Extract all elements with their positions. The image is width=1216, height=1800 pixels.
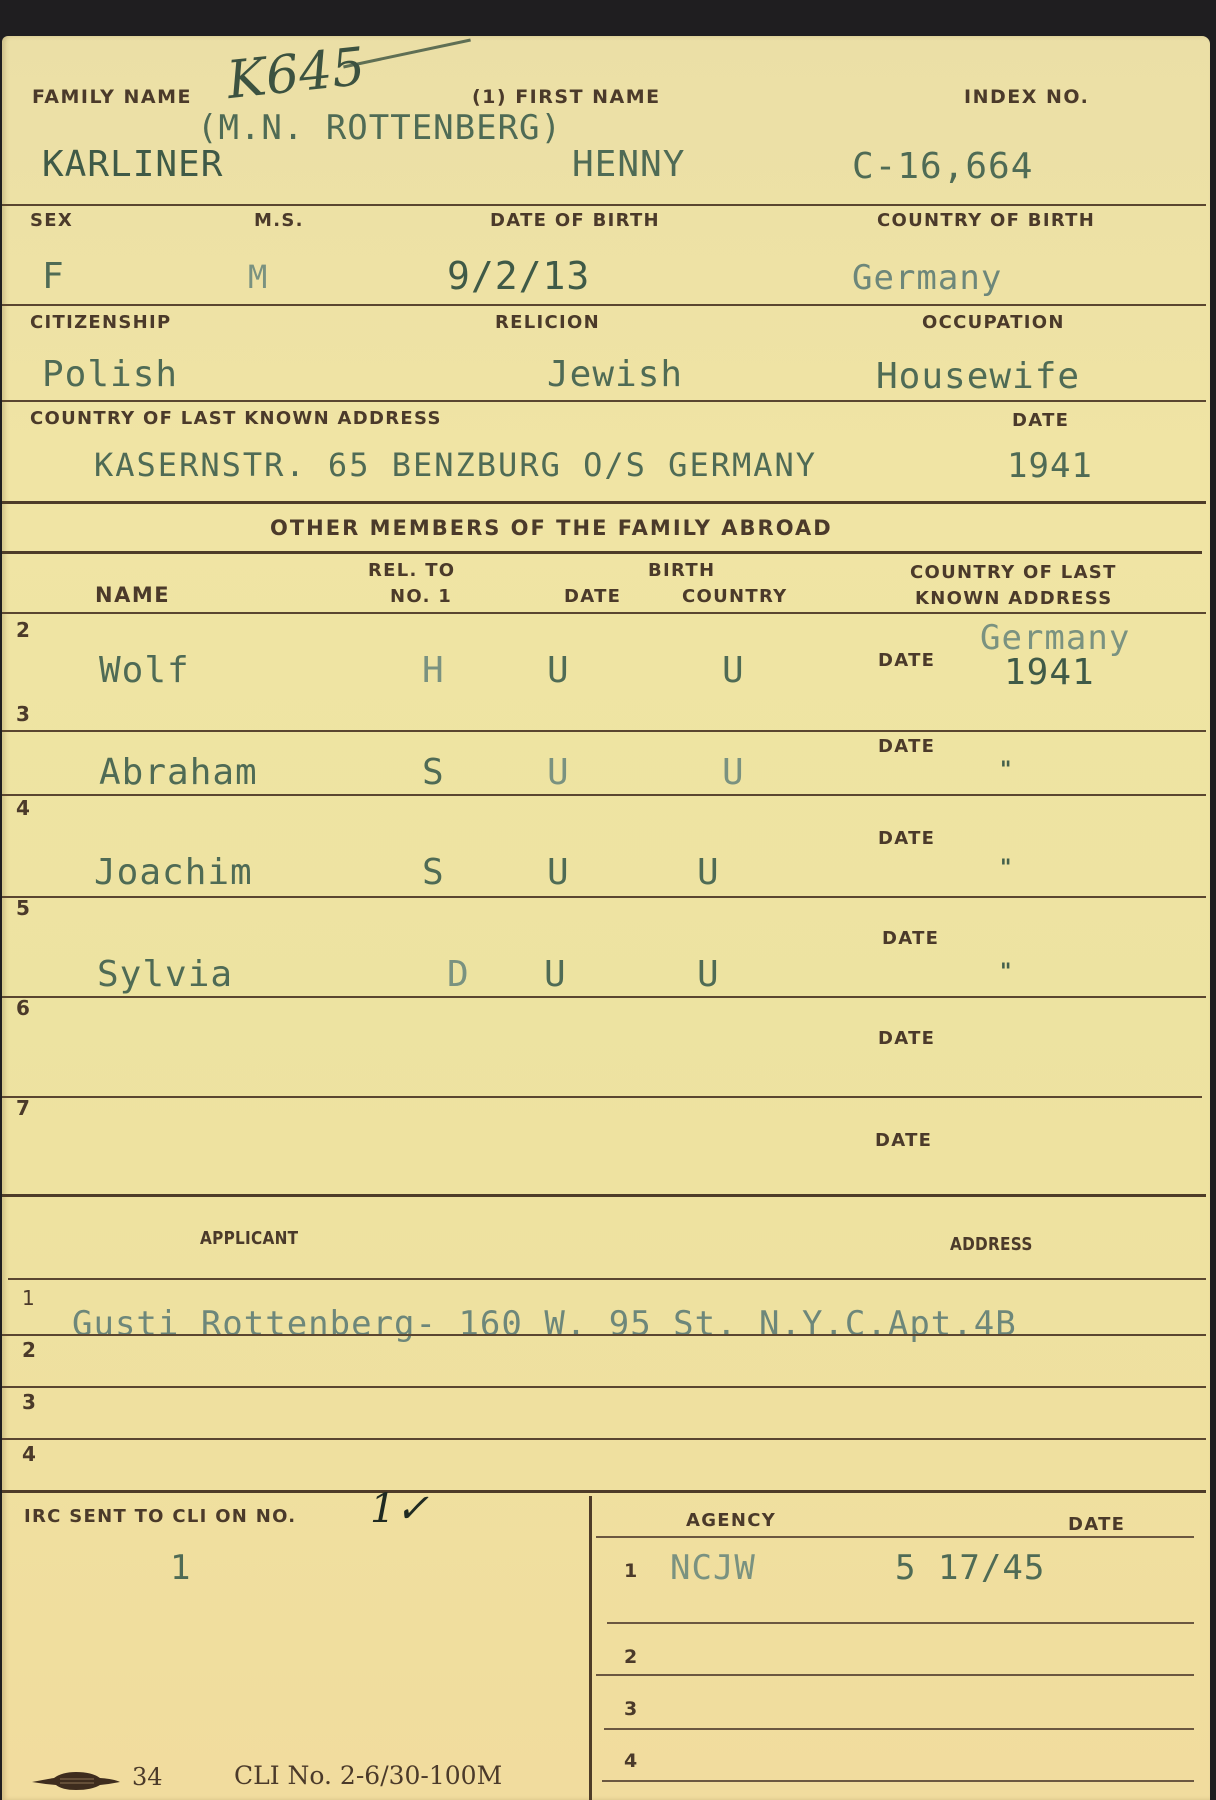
citizenship-label: CITIZENSHIP (30, 312, 172, 333)
handwritten-reference: K645 (224, 37, 368, 111)
divider (2, 612, 1206, 614)
divider (2, 794, 1206, 796)
applicant-row-number: 3 (22, 1390, 36, 1414)
divider (604, 1728, 1194, 1730)
applicant-label: APPLICANT (200, 1228, 298, 1249)
index-no-value: C-16,664 (852, 146, 1033, 187)
applicant-row-number: 1 (22, 1286, 35, 1310)
family-member-birth-date: U (547, 752, 570, 793)
irc-handwritten-mark: 1✓ (370, 1486, 429, 1532)
family-member-birth-country: U (722, 650, 745, 691)
family-member-birth-country: U (697, 852, 720, 893)
divider (2, 1334, 1206, 1336)
last-address-date-value: 1941 (1007, 446, 1093, 486)
agency-name: NCJW (670, 1548, 756, 1588)
divider (2, 896, 1206, 898)
family-member-name: Sylvia (97, 954, 233, 995)
applicant-row-number: 2 (22, 1338, 36, 1362)
country-of-birth-label: COUNTRY OF BIRTH (877, 210, 1095, 231)
irc-label: IRC SENT TO CLI ON NO. (24, 1506, 296, 1527)
irc-value: 1 (170, 1548, 191, 1588)
address-label: ADDRESS (950, 1234, 1033, 1255)
union-bug-icon (30, 1770, 122, 1790)
divider (8, 1278, 1206, 1280)
family-member-birth-date: U (544, 954, 567, 995)
divider (2, 551, 1202, 554)
agency-row-number: 1 (624, 1560, 637, 1582)
family-member-date: 1941 (1004, 652, 1095, 693)
agency-row-number: 4 (624, 1750, 637, 1772)
family-row-number: 2 (16, 618, 30, 642)
divider (2, 304, 1206, 306)
col-name-header: NAME (95, 583, 170, 607)
last-address-date-label: DATE (1012, 410, 1069, 431)
family-row-number: 6 (16, 996, 30, 1020)
family-name-value: KARLINER (42, 144, 223, 185)
divider (602, 1780, 1194, 1782)
country-of-birth-value: Germany (852, 258, 1002, 298)
agency-date: 5 17/45 (895, 1548, 1045, 1588)
col-birth-header: BIRTH (648, 560, 715, 581)
family-row-date-label: DATE (878, 828, 935, 849)
family-abroad-title: OTHER MEMBERS OF THE FAMILY ABROAD (270, 516, 833, 540)
last-address-label: COUNTRY OF LAST KNOWN ADDRESS (30, 408, 442, 429)
family-member-rel: D (447, 954, 470, 995)
section-divider (589, 1496, 592, 1800)
family-member-name: Joachim (94, 852, 253, 893)
religion-value: Jewish (547, 354, 683, 395)
family-row-date-label: DATE (878, 1028, 935, 1049)
divider (2, 1096, 1202, 1098)
col-birth-date-header: DATE (564, 586, 621, 607)
applicant-row-number: 4 (22, 1442, 36, 1466)
occupation-label: OCCUPATION (922, 312, 1065, 333)
family-member-rel: S (422, 852, 445, 893)
maiden-name-value: (M.N. ROTTENBERG) (197, 108, 562, 148)
agency-row-number: 3 (624, 1698, 637, 1720)
divider (2, 204, 1206, 206)
family-row-date-label: DATE (875, 1130, 932, 1151)
family-member-birth-date: U (547, 852, 570, 893)
family-member-rel: H (422, 650, 445, 691)
family-member-name: Abraham (99, 752, 258, 793)
first-name-value: HENNY (572, 144, 685, 185)
sex-value: F (42, 256, 65, 297)
family-member-birth-date: U (547, 650, 570, 691)
family-member-rel: S (422, 752, 445, 793)
divider (596, 1674, 1194, 1676)
family-member-birth-country: U (722, 752, 745, 793)
divider (2, 730, 1206, 732)
family-row-date-label: DATE (878, 650, 935, 671)
family-row-number: 5 (16, 896, 30, 920)
col-rel-header-1: REL. TO (368, 560, 455, 581)
family-member-name: Wolf (99, 650, 190, 691)
family-member-birth-country: U (697, 954, 720, 995)
family-row-date-label: DATE (878, 736, 935, 757)
marital-status-value: M (248, 258, 268, 296)
family-row-number: 7 (16, 1096, 30, 1120)
col-last-address-header-1: COUNTRY OF LAST (910, 562, 1117, 583)
family-member-last-country: " (1000, 758, 1011, 783)
applicant-entry: Gusti Rottenberg- 160 W. 95 St. N.Y.C.Ap… (72, 1304, 1017, 1344)
agency-date-label: DATE (1068, 1514, 1125, 1535)
divider (2, 1194, 1206, 1197)
family-row-number: 3 (16, 702, 30, 726)
occupation-value: Housewife (876, 356, 1080, 397)
date-of-birth-value: 9/2/13 (447, 254, 590, 298)
divider (2, 996, 1206, 998)
col-rel-header-2: NO. 1 (390, 586, 452, 607)
first-name-label: (1) FIRST NAME (472, 86, 661, 108)
agency-row-number: 2 (624, 1646, 637, 1668)
form-number: CLI No. 2-6/30-100M (234, 1761, 502, 1790)
index-no-label: INDEX NO. (964, 86, 1089, 108)
divider (2, 1490, 1206, 1493)
union-number: 34 (132, 1763, 163, 1791)
divider (2, 1386, 1206, 1388)
col-last-address-header-2: KNOWN ADDRESS (915, 588, 1113, 609)
marital-status-label: M.S. (254, 210, 304, 231)
divider (2, 1438, 1206, 1440)
divider (2, 501, 1206, 504)
family-row-number: 4 (16, 796, 30, 820)
religion-label: RELICION (495, 312, 600, 333)
divider (596, 1536, 1194, 1538)
col-birth-country-header: COUNTRY (682, 586, 787, 607)
last-address-value: KASERNSTR. 65 BENZBURG O/S GERMANY (94, 446, 817, 484)
citizenship-value: Polish (42, 354, 178, 395)
divider (607, 1622, 1194, 1624)
family-name-label: FAMILY NAME (32, 86, 192, 108)
divider (2, 400, 1206, 402)
sex-label: SEX (30, 210, 73, 231)
agency-label: AGENCY (686, 1510, 776, 1531)
index-card: K645 FAMILY NAME (1) FIRST NAME INDEX NO… (2, 36, 1210, 1800)
family-member-last-country: " (1000, 960, 1011, 985)
date-of-birth-label: DATE OF BIRTH (490, 210, 660, 231)
family-row-date-label: DATE (882, 928, 939, 949)
family-member-last-country: " (1000, 856, 1011, 881)
